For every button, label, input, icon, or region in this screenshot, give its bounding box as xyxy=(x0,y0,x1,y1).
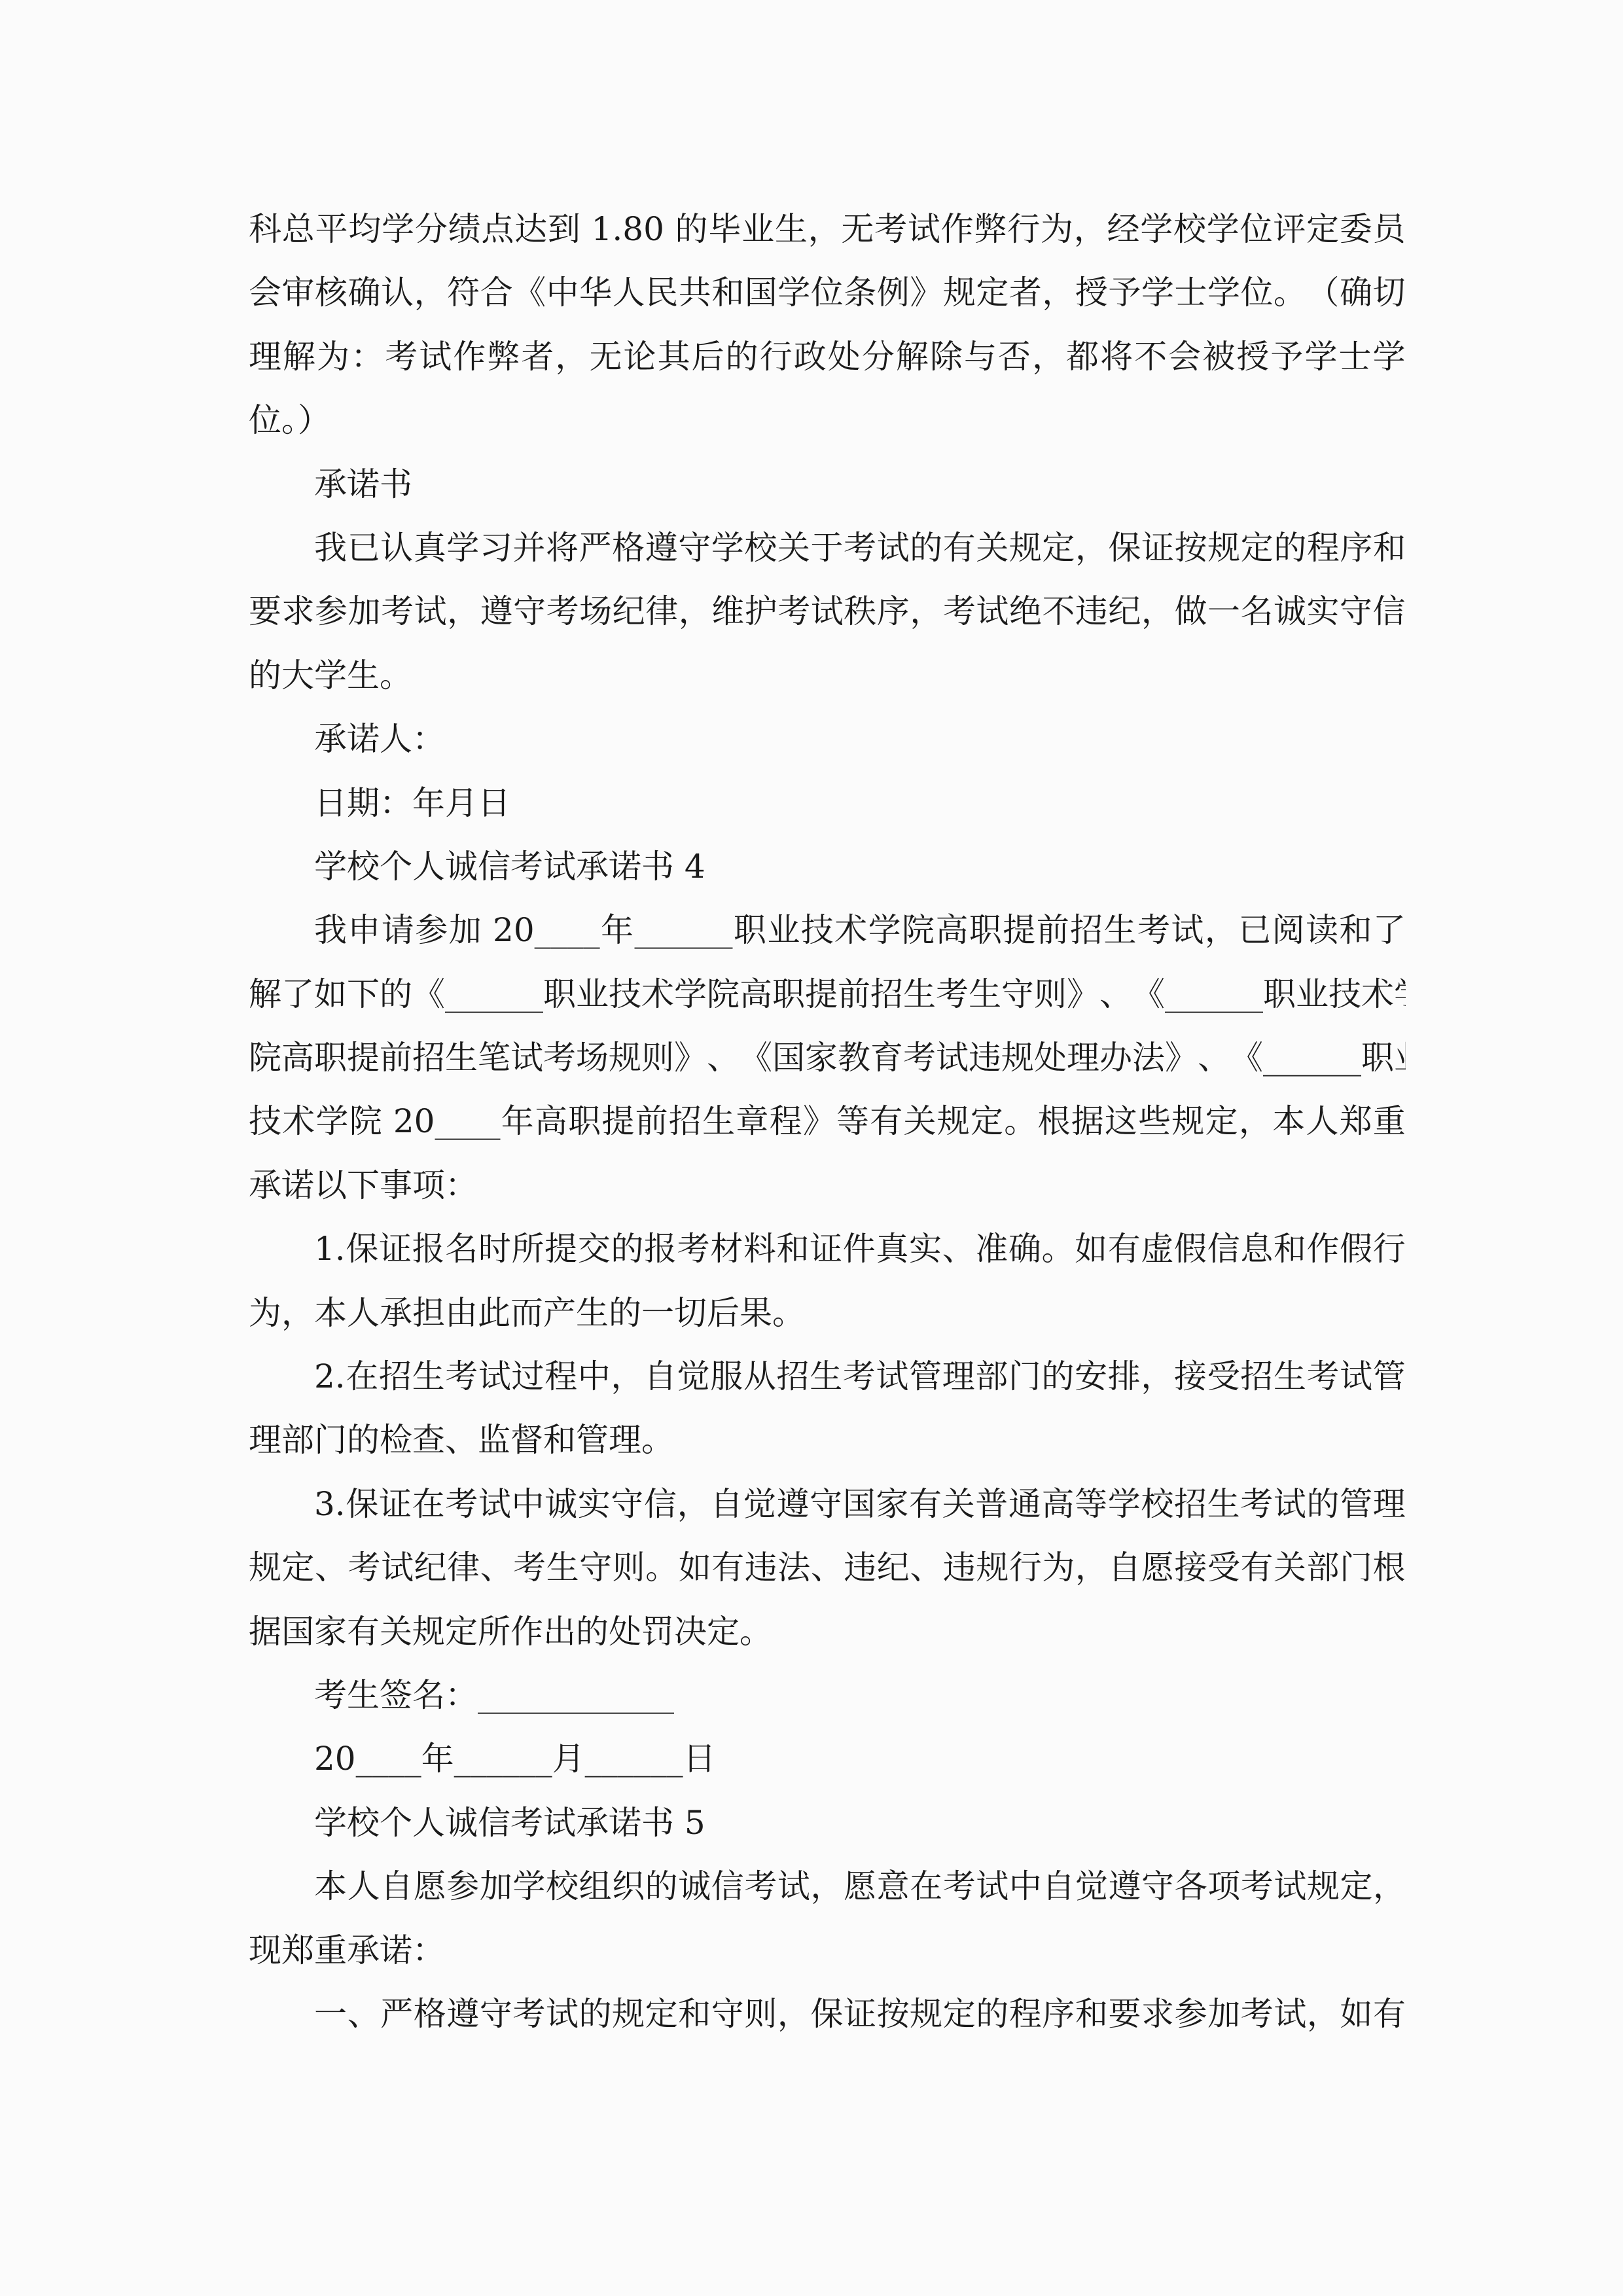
text-line: 院高职提前招生笔试考场规则》、《国家教育考试违规处理办法》、《______职业 xyxy=(249,1026,1406,1090)
text-line: 为，本人承担由此而产生的一切后果。 xyxy=(249,1282,1406,1345)
text-line: 科总平均学分绩点达到 1.80 的毕业生，无考试作弊行为，经学校学位评定委员 xyxy=(249,198,1406,261)
text-line: 学校个人诚信考试承诺书 4 xyxy=(249,835,1406,899)
text-line: 规定、考试纪律、考生守则。如有违法、违纪、违规行为，自愿接受有关部门根 xyxy=(249,1536,1406,1600)
text-line: 1.保证报名时所提交的报考材料和证件真实、准确。如有虚假信息和作假行 xyxy=(249,1217,1406,1281)
document-page: 科总平均学分绩点达到 1.80 的毕业生，无考试作弊行为，经学校学位评定委员会审… xyxy=(0,0,1623,2296)
text-line: 20____年______月______日 xyxy=(249,1727,1406,1791)
text-line: 现郑重承诺： xyxy=(249,1919,1406,1982)
document-text: 科总平均学分绩点达到 1.80 的毕业生，无考试作弊行为，经学校学位评定委员会审… xyxy=(249,198,1406,2046)
text-line: 解了如下的《______职业技术学院高职提前招生考生守则》、《______职业技… xyxy=(249,963,1406,1026)
text-line: 位。） xyxy=(249,389,1406,452)
text-line: 理部门的检查、监督和管理。 xyxy=(249,1408,1406,1472)
text-line: 会审核确认，符合《中华人民共和国学位条例》规定者，授予学士学位。（确切 xyxy=(249,261,1406,325)
text-line: 学校个人诚信考试承诺书 5 xyxy=(249,1791,1406,1855)
text-line: 要求参加考试，遵守考场纪律，维护考试秩序，考试绝不违纪，做一名诚实守信 xyxy=(249,580,1406,643)
text-line: 承诺书 xyxy=(249,453,1406,516)
text-line: 技术学院 20____年高职提前招生章程》等有关规定。根据这些规定，本人郑重 xyxy=(249,1090,1406,1153)
text-line: 承诺以下事项： xyxy=(249,1154,1406,1217)
text-line: 日期：年月日 xyxy=(249,772,1406,835)
text-line: 承诺人： xyxy=(249,708,1406,771)
text-line: 考生签名：____________ xyxy=(249,1664,1406,1727)
text-line: 我已认真学习并将严格遵守学校关于考试的有关规定，保证按规定的程序和 xyxy=(249,516,1406,580)
text-line: 一、严格遵守考试的规定和守则，保证按规定的程序和要求参加考试，如有 xyxy=(249,1982,1406,2046)
text-line: 本人自愿参加学校组织的诚信考试，愿意在考试中自觉遵守各项考试规定， xyxy=(249,1855,1406,1918)
text-line: 理解为：考试作弊者，无论其后的行政处分解除与否，都将不会被授予学士学 xyxy=(249,325,1406,389)
text-line: 的大学生。 xyxy=(249,644,1406,708)
text-line: 据国家有关规定所作出的处罚决定。 xyxy=(249,1600,1406,1664)
text-line: 2.在招生考试过程中，自觉服从招生考试管理部门的安排，接受招生考试管 xyxy=(249,1345,1406,1408)
text-line: 3.保证在考试中诚实守信，自觉遵守国家有关普通高等学校招生考试的管理 xyxy=(249,1473,1406,1536)
text-line: 我申请参加 20____年______职业技术学院高职提前招生考试，已阅读和了 xyxy=(249,899,1406,962)
